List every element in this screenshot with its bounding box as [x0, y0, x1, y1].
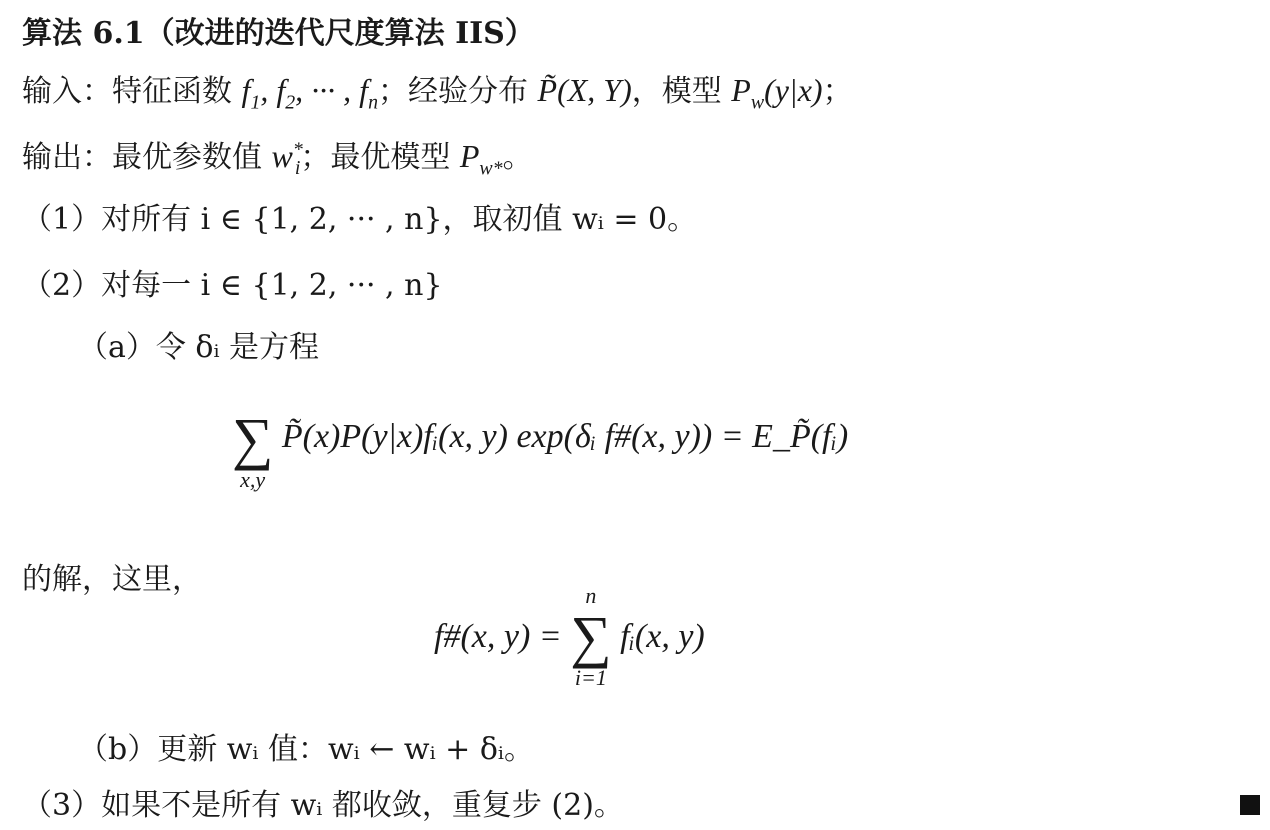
output-end: 。	[503, 140, 533, 175]
step-text: 对所有 i ∈ {1, 2, ··· , n}，取初值 wᵢ = 0。	[101, 202, 697, 237]
equation-1: ∑ x,y P̃(x)P(y|x)fᵢ(x, y) exp(δᵢ f#(x, y…	[232, 410, 848, 492]
output-text: ；最优模型	[300, 140, 460, 175]
step-2a: （a）令 δᵢ 是方程	[78, 328, 319, 368]
input-end: ；	[823, 74, 853, 109]
step-label: （a）	[78, 330, 156, 365]
feature-functions: f1, f2, ··· , fn	[242, 72, 378, 108]
equation-2: f#(x, y) = n ∑ i=1 fᵢ(x, y)	[434, 584, 705, 690]
empirical-distribution: P̃(X, Y)	[538, 72, 632, 108]
equation-1-body: P̃(x)P(y|x)fᵢ(x, y) exp(δᵢ f#(x, y)) = E…	[282, 418, 848, 455]
step-3: （3）如果不是所有 wᵢ 都收敛，重复步 (2)。	[22, 786, 624, 826]
step-label: （3）	[22, 788, 101, 823]
sum-symbol: ∑ x,y	[232, 410, 273, 492]
step-text: 令 δᵢ 是方程	[156, 330, 319, 365]
optimal-model: Pw*	[460, 138, 503, 174]
sum-subscript: x,y	[232, 468, 273, 492]
input-text: ；经验分布	[378, 74, 538, 109]
step-label: （b）	[78, 732, 157, 767]
sum-subscript: i=1	[570, 666, 611, 690]
step-text: 对每一 i ∈ {1, 2, ··· , n}	[101, 268, 442, 303]
input-text: 特征函数	[112, 74, 242, 109]
output-line: 输出：最优参数值 w*i；最优模型 Pw*。	[22, 136, 533, 178]
equation-2-lhs: f#(x, y) =	[434, 618, 562, 655]
end-of-proof-mark	[1240, 795, 1260, 815]
step-text: 更新 wᵢ 值：wᵢ ← wᵢ + δᵢ。	[157, 732, 534, 767]
algorithm-title: 算法 6.1（改进的迭代尺度算法 IIS）	[22, 14, 535, 54]
step-1: （1）对所有 i ∈ {1, 2, ··· , n}，取初值 wᵢ = 0。	[22, 200, 697, 240]
output-label: 输出：	[22, 140, 112, 175]
sum-symbol: n ∑ i=1	[570, 584, 611, 690]
model: Pw(y|x)	[731, 72, 822, 108]
step-text: 如果不是所有 wᵢ 都收敛，重复步 (2)。	[101, 788, 624, 823]
step-label: （1）	[22, 202, 101, 237]
equation-2-rhs: fᵢ(x, y)	[620, 618, 705, 655]
step-text: 的解，这里，	[22, 562, 202, 597]
optimal-params: w*i	[272, 138, 301, 174]
input-label: 输入：	[22, 74, 112, 109]
input-text: ，模型	[632, 74, 732, 109]
input-line: 输入：特征函数 f1, f2, ··· , fn；经验分布 P̃(X, Y)，模…	[22, 70, 853, 112]
output-text: 最优参数值	[112, 140, 272, 175]
solution-line: 的解，这里，	[22, 560, 202, 600]
step-2b: （b）更新 wᵢ 值：wᵢ ← wᵢ + δᵢ。	[78, 730, 534, 770]
step-2: （2）对每一 i ∈ {1, 2, ··· , n}	[22, 266, 443, 306]
step-label: （2）	[22, 268, 101, 303]
